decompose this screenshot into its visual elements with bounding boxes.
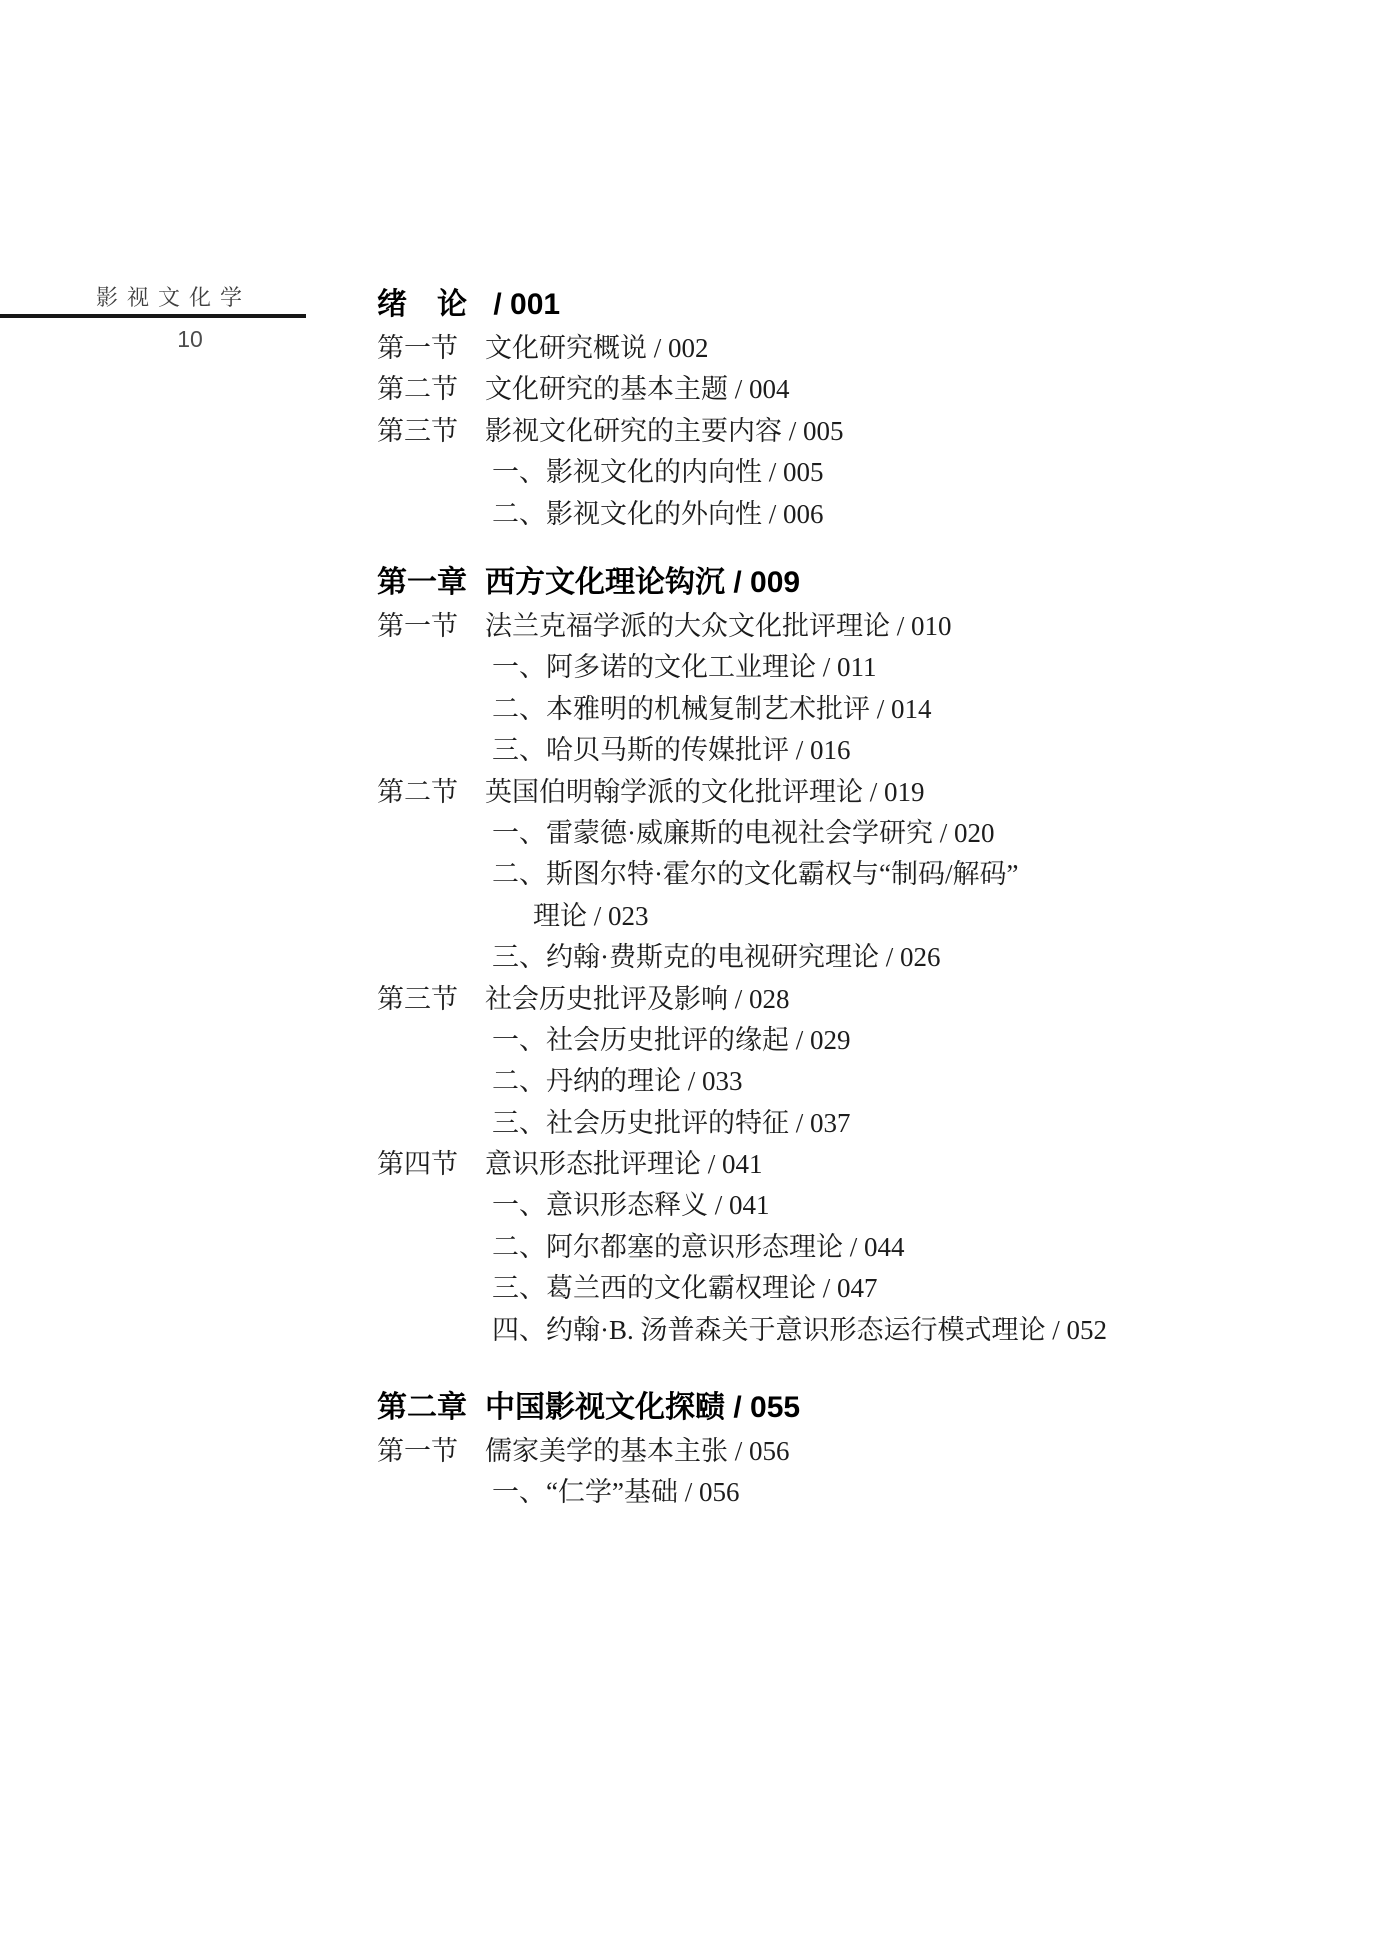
entry-title: 一、雷蒙德·威廉斯的电视社会学研究 [492,818,933,848]
toc-entry-section: 第四节意识形态批评理论 / 041 [377,1144,1377,1185]
toc-entry-sub: 三、葛兰西的文化霸权理论 / 047 [377,1268,1377,1309]
entry-separator: / [701,1149,722,1179]
toc-entry-sub: 一、影视文化的内向性 / 005 [377,452,1377,493]
entry-title: 文化研究概说 [485,333,647,363]
toc-block-intro: 绪 论 / 001 第一节文化研究概说 / 002 第二节文化研究的基本主题 /… [377,281,1377,535]
entry-page: 056 [749,1436,790,1466]
entry-separator: / [816,1273,837,1303]
entry-page: 020 [954,818,995,848]
entry-separator: / [678,1477,699,1507]
entry-page: 023 [608,901,649,931]
toc-entry-sub: 二、影视文化的外向性 / 006 [377,494,1377,535]
entry-page: 005 [803,416,844,446]
entry-separator: / [782,416,803,446]
entry-page: 041 [722,1149,763,1179]
entry-title: 英国伯明翰学派的文化批评理论 [485,777,863,807]
toc-entry-section: 第一节儒家美学的基本主张 / 056 [377,1431,1377,1472]
entry-separator: / [725,566,750,599]
entry-page: 014 [891,694,932,724]
entry-page: 009 [750,566,800,599]
entry-page: 001 [510,288,560,321]
entry-title: 儒家美学的基本主张 [485,1436,728,1466]
entry-title: 四、约翰·B. 汤普森关于意识形态运行模式理论 [492,1315,1046,1345]
entry-page: 055 [750,1391,800,1424]
toc-entry-chapter: 第二章中国影视文化探赜 / 055 [377,1384,1377,1431]
entry-page: 004 [749,374,790,404]
entry-label: 绪 论 [377,281,485,328]
entry-separator: / [870,694,891,724]
entry-separator: / [843,1232,864,1262]
entry-separator: / [681,1066,702,1096]
entry-separator: / [587,901,608,931]
toc-entry-section: 第二节英国伯明翰学派的文化批评理论 / 019 [377,772,1377,813]
entry-title: 中国影视文化探赜 [485,1391,725,1424]
toc-entry-chapter: 第一章西方文化理论钩沉 / 009 [377,559,1377,606]
toc-entry-sub: 二、丹纳的理论 / 033 [377,1061,1377,1102]
toc-block-chapter-2: 第二章中国影视文化探赜 / 055 第一节儒家美学的基本主张 / 056 一、“… [377,1384,1377,1514]
toc-entry-sub: 二、阿尔都塞的意识形态理论 / 044 [377,1227,1377,1268]
entry-page: 033 [702,1066,743,1096]
entry-label: 第四节 [377,1144,485,1185]
entry-page: 019 [884,777,925,807]
entry-page: 028 [749,984,790,1014]
entry-title: 一、阿多诺的文化工业理论 [492,652,816,682]
entry-separator: / [725,1391,750,1424]
entry-page: 047 [837,1273,878,1303]
entry-title: 二、影视文化的外向性 [492,499,762,529]
entry-separator: / [933,818,954,848]
toc-entry-sub: 二、斯图尔特·霍尔的文化霸权与“制码/解码” [377,854,1377,895]
toc-entry-sub: 一、社会历史批评的缘起 / 029 [377,1020,1377,1061]
book-toc-page: 影视文化学 10 绪 论 / 001 第一节文化研究概说 / 002 第二节文化… [0,0,1386,1938]
entry-title: 二、阿尔都塞的意识形态理论 [492,1232,843,1262]
entry-page: 002 [668,333,709,363]
header-rule [0,314,306,318]
entry-page: 056 [699,1477,740,1507]
toc-entry-section: 第三节社会历史批评及影响 / 028 [377,979,1377,1020]
entry-title: 一、意识形态释义 [492,1190,708,1220]
entry-page: 029 [810,1025,851,1055]
entry-title: 法兰克福学派的大众文化批评理论 [485,611,890,641]
entry-separator: / [863,777,884,807]
entry-title: 三、葛兰西的文化霸权理论 [492,1273,816,1303]
toc-entry-sub: 一、阿多诺的文化工业理论 / 011 [377,647,1377,688]
entry-separator: / [789,1025,810,1055]
entry-page: 041 [729,1190,770,1220]
entry-separator: / [762,457,783,487]
entry-title: 意识形态批评理论 [485,1149,701,1179]
entry-page: 037 [810,1108,851,1138]
entry-separator: / [485,288,510,321]
entry-title: 一、社会历史批评的缘起 [492,1025,789,1055]
entry-page: 052 [1067,1315,1108,1345]
entry-page: 010 [911,611,952,641]
entry-page: 026 [900,942,941,972]
toc-entry-sub: 二、本雅明的机械复制艺术批评 / 014 [377,689,1377,730]
entry-title: 三、社会历史批评的特征 [492,1108,789,1138]
entry-title: 三、约翰·费斯克的电视研究理论 [492,942,879,972]
entry-page: 005 [783,457,824,487]
running-head: 影视文化学 [96,284,251,312]
entry-title: 西方文化理论钩沉 [485,566,725,599]
entry-title: 三、哈贝马斯的传媒批评 [492,735,789,765]
toc-entry-section: 第三节影视文化研究的主要内容 / 005 [377,411,1377,452]
entry-label: 第一节 [377,1431,485,1472]
entry-separator: / [890,611,911,641]
entry-title: 二、本雅明的机械复制艺术批评 [492,694,870,724]
toc-block-chapter-1: 第一章西方文化理论钩沉 / 009 第一节法兰克福学派的大众文化批评理论 / 0… [377,559,1377,1351]
entry-separator: / [647,333,668,363]
toc-entry-chapter: 绪 论 / 001 [377,281,1377,328]
entry-title: 影视文化研究的主要内容 [485,416,782,446]
entry-title: 二、斯图尔特·霍尔的文化霸权与“制码/解码” [492,859,1018,889]
entry-page: 016 [810,735,851,765]
toc-entry-sub: 四、约翰·B. 汤普森关于意识形态运行模式理论 / 052 [377,1310,1377,1351]
entry-label: 第一节 [377,606,485,647]
entry-page: 011 [837,652,877,682]
entry-label: 第三节 [377,411,485,452]
entry-separator: / [728,1436,749,1466]
entry-separator: / [728,984,749,1014]
entry-label: 第二节 [377,772,485,813]
toc-entry-section: 第一节文化研究概说 / 002 [377,328,1377,369]
toc-entry-continuation: 理论 / 023 [377,896,1377,937]
entry-separator: / [762,499,783,529]
entry-separator: / [816,652,837,682]
entry-label: 第一章 [377,559,485,606]
toc-entry-section: 第一节法兰克福学派的大众文化批评理论 / 010 [377,606,1377,647]
toc-entry-sub: 一、意识形态释义 / 041 [377,1185,1377,1226]
entry-title: 一、“仁学”基础 [492,1477,678,1507]
page-number: 10 [158,326,222,353]
toc-entry-sub: 一、雷蒙德·威廉斯的电视社会学研究 / 020 [377,813,1377,854]
entry-separator: / [728,374,749,404]
entry-page: 006 [783,499,824,529]
toc-entry-sub: 三、社会历史批评的特征 / 037 [377,1103,1377,1144]
entry-separator: / [708,1190,729,1220]
entry-separator: / [789,735,810,765]
entry-label: 第三节 [377,979,485,1020]
entry-separator: / [1046,1315,1067,1345]
entry-label: 第二节 [377,369,485,410]
toc-entry-sub: 三、哈贝马斯的传媒批评 / 016 [377,730,1377,771]
entry-label: 第二章 [377,1384,485,1431]
entry-title: 社会历史批评及影响 [485,984,728,1014]
entry-title: 一、影视文化的内向性 [492,457,762,487]
entry-title: 文化研究的基本主题 [485,374,728,404]
entry-separator: / [879,942,900,972]
entry-page: 044 [864,1232,905,1262]
toc-entry-sub: 三、约翰·费斯克的电视研究理论 / 026 [377,937,1377,978]
entry-separator: / [789,1108,810,1138]
toc-entry-section: 第二节文化研究的基本主题 / 004 [377,369,1377,410]
entry-title: 二、丹纳的理论 [492,1066,681,1096]
toc-entry-sub: 一、“仁学”基础 / 056 [377,1472,1377,1513]
entry-label: 第一节 [377,328,485,369]
entry-title: 理论 [533,901,587,931]
